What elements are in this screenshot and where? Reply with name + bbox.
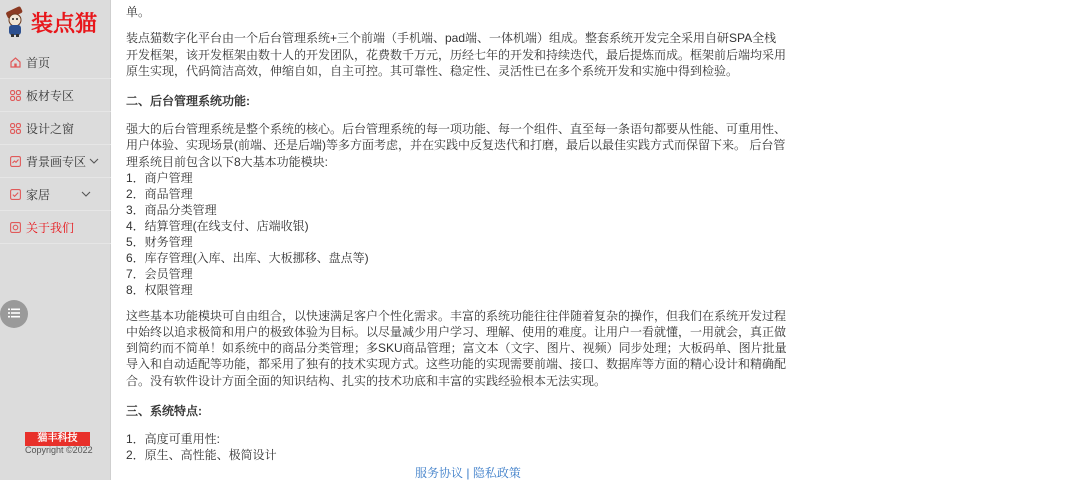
list-item: 1．商户管理	[126, 170, 788, 186]
chart-icon	[9, 155, 21, 167]
section-3-heading: 三、系统特点:	[126, 403, 788, 419]
cut-top-line: 单。	[126, 4, 788, 20]
privacy-policy-link[interactable]: 隐私政策	[473, 466, 521, 480]
modules-list: 1．商户管理 2．商品管理 3．商品分类管理 4．结算管理(在线支付、店端收银)…	[126, 170, 788, 298]
cat-mascot-icon	[4, 6, 30, 38]
menu-toggle-button[interactable]	[0, 300, 28, 328]
logo[interactable]: 装点猫	[4, 3, 108, 41]
logo-text: 装点猫	[31, 7, 97, 38]
section-2-heading: 二、后台管理系统功能:	[126, 93, 788, 109]
list-item: 3．商品分类管理	[126, 202, 788, 218]
sidebar-item-home[interactable]: 首页	[0, 46, 111, 79]
sidebar-item-label: 关于我们	[26, 219, 74, 236]
sidebar-item-label: 首页	[26, 54, 50, 71]
chevron-down-icon[interactable]	[89, 155, 99, 165]
sidebar-item-label: 设计之窗	[26, 120, 74, 137]
list-item: 2．原生、高性能、极简设计	[126, 447, 788, 463]
intro-paragraph: 装点猫数字化平台由一个后台管理系统+三个前端（手机端、pad端、一体机端）组成。…	[126, 30, 788, 79]
list-item: 5．财务管理	[126, 234, 788, 250]
sidebar-item-label: 家居	[26, 186, 50, 203]
company-badge: 猫丰科技	[25, 432, 90, 446]
list-item: 4．结算管理(在线支付、店端收银)	[126, 218, 788, 234]
sidebar-item-about-us[interactable]: 关于我们	[0, 211, 111, 244]
sidebar-item-label: 背景画专区	[26, 153, 86, 170]
list-icon	[8, 305, 20, 323]
grid-icon	[9, 122, 21, 134]
about-content: 单。 装点猫数字化平台由一个后台管理系统+三个前端（手机端、pad端、一体机端）…	[126, 0, 788, 463]
list-item: 8．权限管理	[126, 282, 788, 298]
copyright-text: Copyright ©2022	[25, 445, 93, 455]
checkbox-icon	[9, 188, 21, 200]
service-agreement-link[interactable]: 服务协议	[415, 466, 463, 480]
sidebar: 装点猫 首页 板材专区 设计之窗 背景画专区	[0, 0, 111, 480]
sidebar-item-label: 板材专区	[26, 87, 74, 104]
home-icon	[9, 56, 21, 68]
section-2-outro: 这些基本功能模块可自由组合，以快速满足客户个性化需求。丰富的系统功能往往伴随着复…	[126, 308, 788, 389]
sidebar-item-home-furnishing[interactable]: 家居	[0, 178, 111, 211]
link-separator: |	[466, 466, 469, 480]
chevron-down-icon[interactable]	[81, 188, 91, 198]
sidebar-nav: 首页 板材专区 设计之窗 背景画专区 家居	[0, 46, 111, 244]
section-2-intro: 强大的后台管理系统是整个系统的核心。后台管理系统的每一项功能、每一个组件、直至每…	[126, 121, 788, 170]
sidebar-item-slab-zone[interactable]: 板材专区	[0, 79, 111, 112]
grid-icon	[9, 89, 21, 101]
about-icon	[9, 221, 21, 233]
footer-links: 服务协议 | 隐私政策	[415, 464, 521, 480]
list-item: 7．会员管理	[126, 266, 788, 282]
list-item: 2．商品管理	[126, 186, 788, 202]
features-list: 1．高度可重用性: 2．原生、高性能、极简设计	[126, 431, 788, 463]
sidebar-item-design-window[interactable]: 设计之窗	[0, 112, 111, 145]
list-item: 1．高度可重用性:	[126, 431, 788, 447]
list-item: 6．库存管理(入库、出库、大板挪移、盘点等)	[126, 250, 788, 266]
sidebar-item-background-painting[interactable]: 背景画专区	[0, 145, 111, 178]
